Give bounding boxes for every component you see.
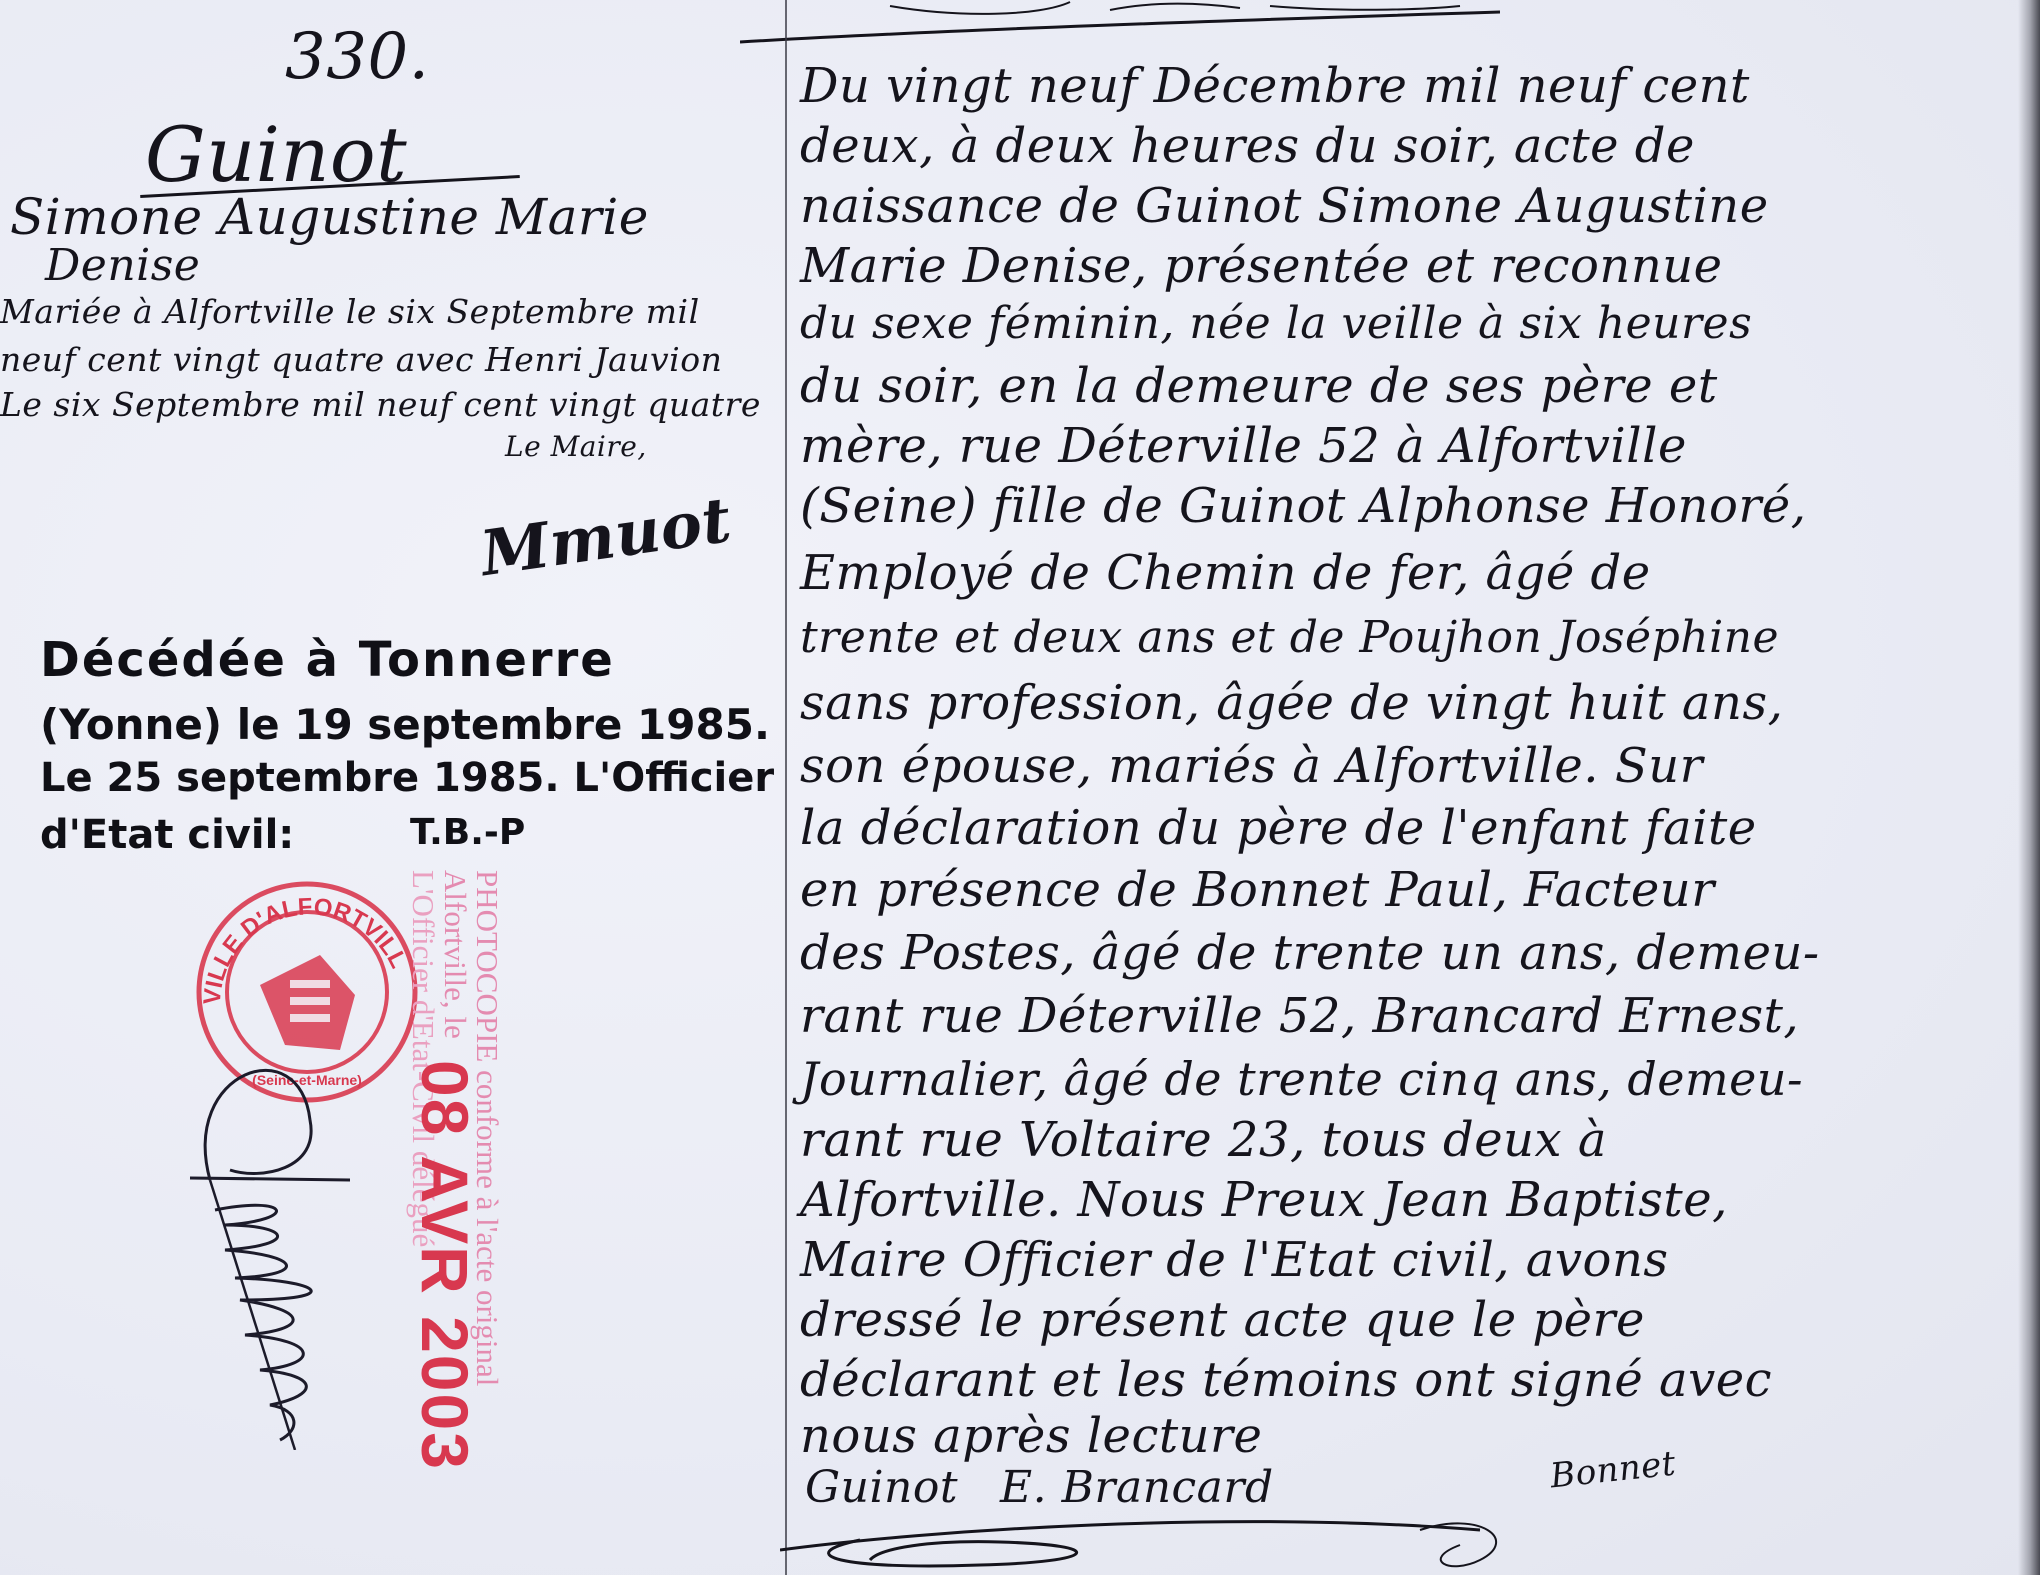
death-mention-line: Le 25 septembre 1985. L'Officier [40,755,774,801]
marriage-mention-line: Mariée à Alfortville le six Septembre mi… [0,292,700,331]
officer-signature [150,1010,350,1450]
act-body-line: du soir, en la demeure de ses père et [800,358,1718,414]
death-mention-line: d'Etat civil: [40,812,294,858]
certification-line: Alfortville, le [437,870,473,1039]
act-body-line: en présence de Bonnet Paul, Facteur [800,862,1715,918]
marriage-mention-line: neuf cent vingt quatre avec Henri Jauvio… [0,340,722,379]
act-body-line: déclarant et les témoins ont signé avec [800,1352,1772,1408]
act-body-line: mère, rue Déterville 52 à Alfortville [800,418,1687,474]
act-body-line: Marie Denise, présentée et reconnue [800,238,1723,294]
margin-given-names-continued: Denise [45,240,200,291]
marriage-mention-line: Le six Septembre mil neuf cent vingt qua… [0,385,761,424]
act-body-line: Maire Officier de l'Etat civil, avons [800,1232,1668,1288]
act-body-line: Alfortville. Nous Preux Jean Baptiste, [800,1172,1728,1228]
act-body-line: dressé le présent acte que le père [800,1292,1645,1348]
act-body-line: des Postes, âgé de trente un ans, demeu- [800,925,1820,981]
act-body-line: du sexe féminin, née la veille à six heu… [800,298,1752,349]
act-body-line: la déclaration du père de l'enfant faite [800,800,1757,856]
mention-signatory-label: Le Maire, [505,430,647,463]
document-page: 330. Guinot Simone Augustine Marie Denis… [0,0,2040,1575]
certification-date: 08 AVR 2003 [407,1060,483,1471]
act-body-line: sans profession, âgée de vingt huit ans, [800,675,1783,731]
top-flourish-decoration [740,0,1500,45]
act-body-line: nous après lecture [800,1408,1262,1464]
certification-stamp: PHOTOCOPIE conforme à l'acte original Al… [395,870,525,1570]
death-officer-initials: T.B.-P [410,812,525,853]
margin-given-names: Simone Augustine Marie [10,188,649,246]
bottom-flourish-decoration [780,1500,1540,1575]
act-body-line: son épouse, mariés à Alfortville. Sur [800,738,1703,794]
act-body-line: rant rue Voltaire 23, tous deux à [800,1112,1607,1168]
act-number: 330. [285,20,430,94]
witness-signature: Bonnet [1548,1444,1678,1497]
act-body-line: Employé de Chemin de fer, âgé de [800,545,1651,601]
act-body-line: naissance de Guinot Simone Augustine [800,178,1769,234]
act-body-line: trente et deux ans et de Poujhon Joséphi… [800,612,1779,663]
act-body-line: Du vingt neuf Décembre mil neuf cent [800,58,1750,114]
death-mention-line: (Yonne) le 19 septembre 1985. [40,700,770,749]
act-body-line: deux, à deux heures du soir, acte de [800,118,1695,174]
margin-rule [785,0,787,1575]
act-body-line: (Seine) fille de Guinot Alphonse Honoré, [800,478,1806,534]
death-mention-line: Décédée à Tonnerre [40,632,615,688]
mayor-signature: Mmuot [476,483,736,590]
act-body-line: Journalier, âgé de trente cinq ans, deme… [800,1052,1803,1106]
scan-edge-shadow [2018,0,2040,1575]
act-body-line: rant rue Déterville 52, Brancard Ernest, [800,988,1799,1044]
